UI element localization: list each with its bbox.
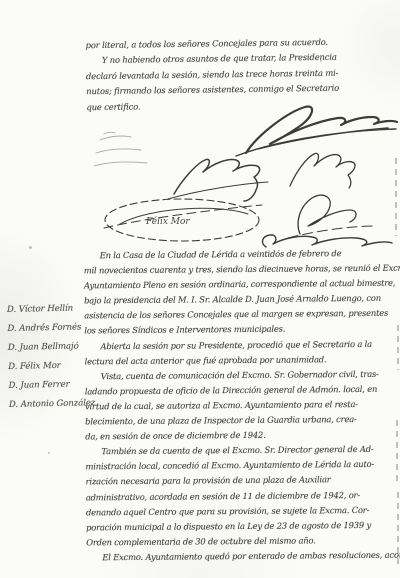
- scan-artifact-speck: [29, 246, 32, 249]
- minutes-body: En la Casa de la Ciudad de Lérida a vein…: [84, 246, 400, 566]
- scan-artifact-edge-mark: [397, 492, 399, 568]
- scan-artifact-edge-mark: [395, 158, 397, 236]
- scan-artifact-speck: [7, 310, 9, 312]
- felix-mor-signature-text: Félix Mor: [145, 216, 190, 227]
- scan-artifact-speck: [320, 60, 322, 62]
- felix-mor-oval-rubric: Félix Mor: [104, 199, 262, 241]
- scan-artifact-edge-mark: [396, 420, 398, 482]
- secretary-margin-note: [94, 132, 147, 166]
- presiding-official-underline: [236, 128, 396, 156]
- scan-artifact-edge-mark: [397, 325, 399, 370]
- councilman-signature-center: [174, 159, 260, 201]
- scan-artifact-speck: [48, 452, 50, 454]
- handwritten-line: blecimiento, de una plaza de Inspector d…: [85, 412, 399, 430]
- councilman-signature-right-upper: [290, 153, 355, 188]
- handwritten-line: poración municipal a lo dispuesto en la …: [86, 517, 400, 535]
- handwritten-line: El Excmo. Ayuntamiento quedó por enterad…: [86, 547, 400, 565]
- scanned-minutes-page: por literal, a todos los señores Conceja…: [0, 0, 400, 578]
- councilman-signature-right-loops: [298, 195, 356, 234]
- handwritten-line: Abierta la sesión por su Presidente, pro…: [84, 336, 398, 354]
